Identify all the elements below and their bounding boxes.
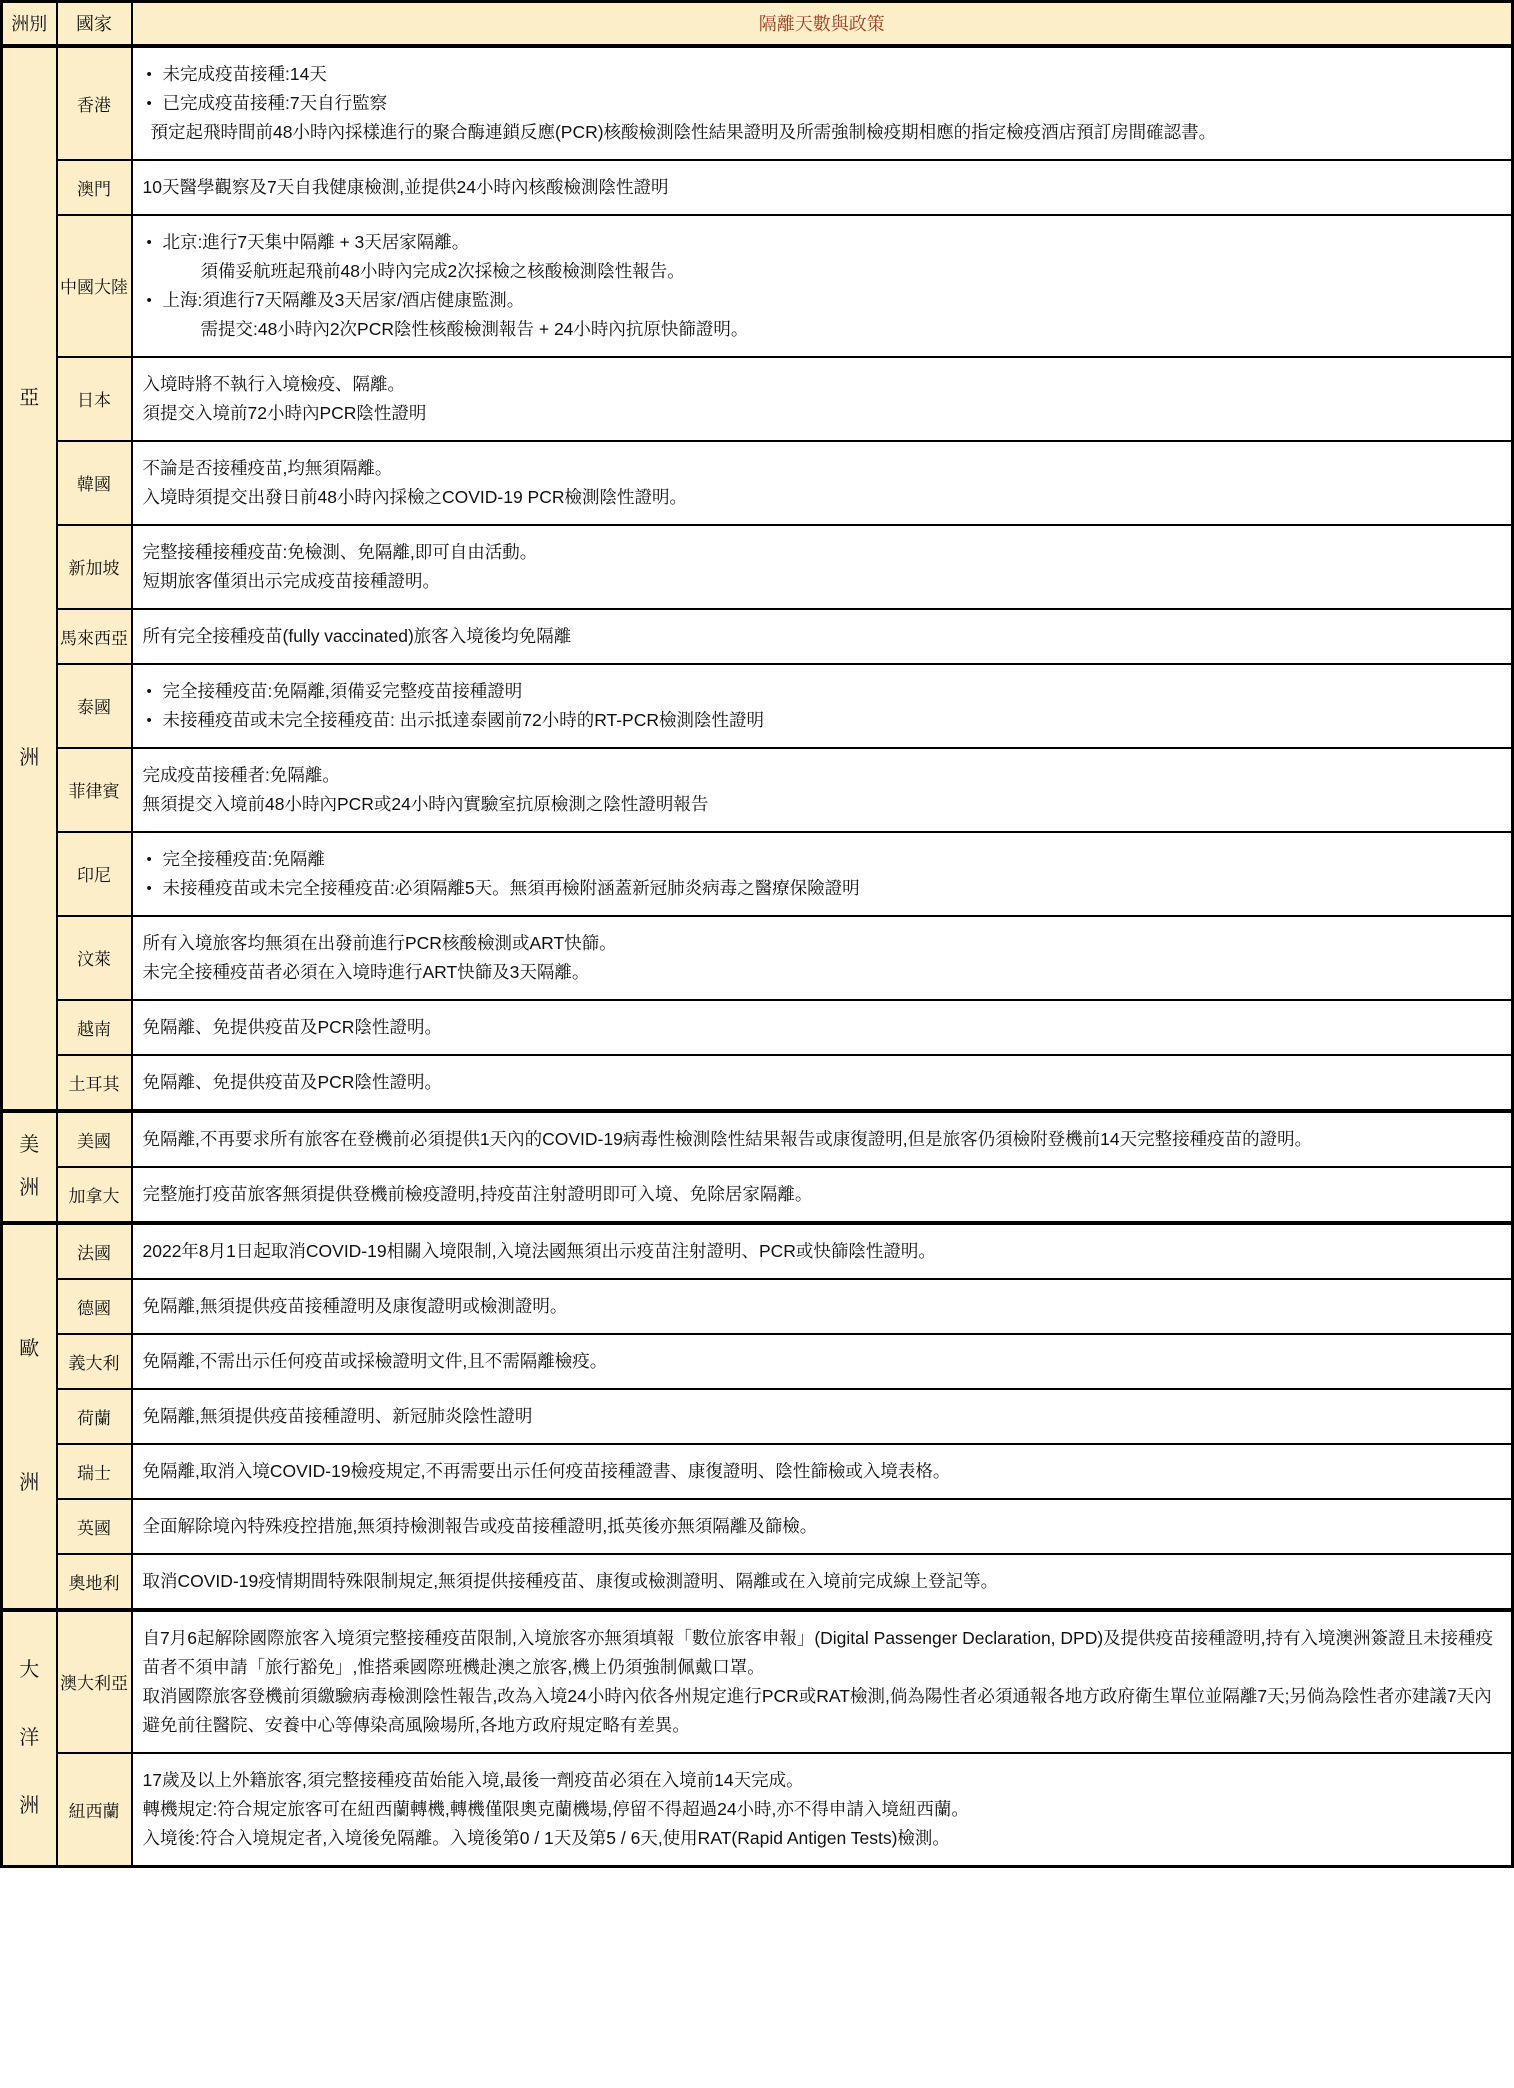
table-row: 土耳其免隔離、免提供疫苗及PCR陰性證明。: [2, 1055, 1513, 1111]
table-header-row: 洲別 國家 隔離天數與政策: [2, 2, 1513, 46]
continent-char: 洲: [19, 1473, 39, 1493]
policy-line-text: 完整接種接種疫苗:免檢測、免隔離,即可自由活動。: [143, 542, 538, 562]
country-cell: 法國: [57, 1223, 132, 1279]
country-cell: 中國大陸: [57, 215, 132, 357]
policy-line: 免隔離、免提供疫苗及PCR陰性證明。: [143, 1013, 1500, 1042]
country-cell: 荷蘭: [57, 1389, 132, 1444]
table-row: 韓國不論是否接種疫苗,均無須隔離。入境時須提交出發日前48小時內採檢之COVID…: [2, 441, 1513, 525]
country-cell: 菲律賓: [57, 748, 132, 832]
country-cell: 紐西蘭: [57, 1753, 132, 1867]
policy-cell: 取消COVID-19疫情期間特殊限制規定,無須提供接種疫苗、康復或檢測證明、隔離…: [132, 1554, 1513, 1610]
policy-line-text: 須提交入境前72小時內PCR陰性證明: [143, 403, 427, 423]
country-cell: 澳門: [57, 160, 132, 215]
policy-line: 入境後:符合入境規定者,入境後免隔離。入境後第0 / 1天及第5 / 6天,使用…: [143, 1824, 1500, 1853]
continent-label: 亞洲: [3, 48, 56, 1109]
policy-line-text: 預定起飛時間前48小時內採樣進行的聚合酶連鎖反應(PCR)核酸檢測陰性結果證明及…: [151, 122, 1217, 142]
policy-line-text: 所有完全接種疫苗(fully vaccinated)旅客入境後均免隔離: [143, 626, 572, 646]
continent-cell: 美洲: [2, 1111, 57, 1223]
continent-cell: 歐洲: [2, 1223, 57, 1610]
policy-line-text: 無須提交入境前48小時內PCR或24小時內實驗室抗原檢測之陰性證明報告: [143, 794, 709, 814]
policy-line: 取消國際旅客登機前須繳驗病毒檢測陰性報告,改為入境24小時內依各州規定進行PCR…: [143, 1682, 1500, 1740]
policy-line: 未接種疫苗或未完全接種疫苗:必須隔離5天。無須再檢附涵蓋新冠肺炎病毒之醫療保險證…: [143, 874, 1500, 903]
policy-line-text: 自7月6起解除國際旅客入境須完整接種疫苗限制,入境旅客亦無須填報「數位旅客申報」…: [143, 1628, 1494, 1677]
table-row: 新加坡完整接種接種疫苗:免檢測、免隔離,即可自由活動。短期旅客僅須出示完成疫苗接…: [2, 525, 1513, 609]
policy-cell: 全面解除境內特殊疫控措施,無須持檢測報告或疫苗接種證明,抵英後亦無須隔離及篩檢。: [132, 1499, 1513, 1554]
table-row: 加拿大完整施打疫苗旅客無須提供登機前檢疫證明,持疫苗注射證明即可入境、免除居家隔…: [2, 1167, 1513, 1223]
policy-line-text: 所有入境旅客均無須在出發前進行PCR核酸檢測或ART快篩。: [143, 933, 617, 953]
country-cell: 澳大利亞: [57, 1610, 132, 1753]
table-row: 菲律賓完成疫苗接種者:免隔離。無須提交入境前48小時內PCR或24小時內實驗室抗…: [2, 748, 1513, 832]
policy-cell: 所有入境旅客均無須在出發前進行PCR核酸檢測或ART快篩。未完全接種疫苗者必須在…: [132, 916, 1513, 1000]
policy-line-text: 入境時須提交出發日前48小時內採檢之COVID-19 PCR檢測陰性證明。: [143, 487, 688, 507]
country-cell: 英國: [57, 1499, 132, 1554]
policy-line: 短期旅客僅須出示完成疫苗接種證明。: [143, 567, 1500, 596]
policy-line-text: 免隔離,取消入境COVID-19檢疫規定,不再需要出示任何疫苗接種證書、康復證明…: [143, 1461, 951, 1481]
table-row: 越南免隔離、免提供疫苗及PCR陰性證明。: [2, 1000, 1513, 1055]
policy-line-text: 已完成疫苗接種:7天自行監察: [163, 93, 388, 113]
table-row: 日本入境時將不執行入境檢疫、隔離。須提交入境前72小時內PCR陰性證明: [2, 357, 1513, 441]
country-cell: 瑞士: [57, 1444, 132, 1499]
policy-cell: 免隔離,取消入境COVID-19檢疫規定,不再需要出示任何疫苗接種證書、康復證明…: [132, 1444, 1513, 1499]
policy-line: 10天醫學觀察及7天自我健康檢測,並提供24小時內核酸檢測陰性證明: [143, 173, 1500, 202]
country-cell: 馬來西亞: [57, 609, 132, 664]
policy-line-text: 17歲及以上外籍旅客,須完整接種疫苗始能入境,最後一劑疫苗必須在入境前14天完成…: [143, 1770, 804, 1790]
country-cell: 越南: [57, 1000, 132, 1055]
policy-line-text: 取消COVID-19疫情期間特殊限制規定,無須提供接種疫苗、康復或檢測證明、隔離…: [143, 1571, 999, 1591]
policy-line: 2022年8月1日起取消COVID-19相關入境限制,入境法國無須出示疫苗注射證…: [143, 1237, 1500, 1266]
policy-line-text: 完整施打疫苗旅客無須提供登機前檢疫證明,持疫苗注射證明即可入境、免除居家隔離。: [143, 1184, 813, 1204]
policy-cell: 完整接種接種疫苗:免檢測、免隔離,即可自由活動。短期旅客僅須出示完成疫苗接種證明…: [132, 525, 1513, 609]
table-row: 中國大陸北京:進行7天集中隔離 + 3天居家隔離。須備妥航班起飛前48小時內完成…: [2, 215, 1513, 357]
policy-line-text: 入境後:符合入境規定者,入境後免隔離。入境後第0 / 1天及第5 / 6天,使用…: [143, 1828, 950, 1848]
policy-line-text: 不論是否接種疫苗,均無須隔離。: [143, 458, 393, 478]
policy-cell: 免隔離,不再要求所有旅客在登機前必須提供1天內的COVID-19病毒性檢測陰性結…: [132, 1111, 1513, 1167]
policy-cell: 免隔離、免提供疫苗及PCR陰性證明。: [132, 1000, 1513, 1055]
table-row: 英國全面解除境內特殊疫控措施,無須持檢測報告或疫苗接種證明,抵英後亦無須隔離及篩…: [2, 1499, 1513, 1554]
policy-line-text: 轉機規定:符合規定旅客可在紐西蘭轉機,轉機僅限奧克蘭機場,停留不得超過24小時,…: [143, 1799, 969, 1819]
continent-char: 洋: [19, 1728, 39, 1748]
table-row: 美洲美國免隔離,不再要求所有旅客在登機前必須提供1天內的COVID-19病毒性檢…: [2, 1111, 1513, 1167]
policy-cell: 入境時將不執行入境檢疫、隔離。須提交入境前72小時內PCR陰性證明: [132, 357, 1513, 441]
continent-cell: 亞洲: [2, 46, 57, 1111]
table-row: 亞洲香港未完成疫苗接種:14天已完成疫苗接種:7天自行監察預定起飛時間前48小時…: [2, 46, 1513, 160]
table-row: 澳門10天醫學觀察及7天自我健康檢測,並提供24小時內核酸檢測陰性證明: [2, 160, 1513, 215]
policy-line: 17歲及以上外籍旅客,須完整接種疫苗始能入境,最後一劑疫苗必須在入境前14天完成…: [143, 1766, 1500, 1795]
country-cell: 泰國: [57, 664, 132, 748]
country-cell: 加拿大: [57, 1167, 132, 1223]
quarantine-policy-table: 洲別 國家 隔離天數與政策 亞洲香港未完成疫苗接種:14天已完成疫苗接種:7天自…: [0, 0, 1514, 1868]
continent-char: 洲: [19, 748, 39, 768]
continent-label: 歐洲: [3, 1225, 56, 1608]
policy-line: 轉機規定:符合規定旅客可在紐西蘭轉機,轉機僅限奧克蘭機場,停留不得超過24小時,…: [143, 1795, 1500, 1824]
policy-line: 完整接種接種疫苗:免檢測、免隔離,即可自由活動。: [143, 538, 1500, 567]
table-row: 義大利免隔離,不需出示任何疫苗或採檢證明文件,且不需隔離檢疫。: [2, 1334, 1513, 1389]
policy-cell: 完成疫苗接種者:免隔離。無須提交入境前48小時內PCR或24小時內實驗室抗原檢測…: [132, 748, 1513, 832]
continent-char: 洲: [19, 1796, 39, 1816]
policy-line-text: 完全接種疫苗:免隔離: [163, 849, 325, 869]
policy-line: 所有完全接種疫苗(fully vaccinated)旅客入境後均免隔離: [143, 622, 1500, 651]
country-cell: 義大利: [57, 1334, 132, 1389]
table-row: 奧地利取消COVID-19疫情期間特殊限制規定,無須提供接種疫苗、康復或檢測證明…: [2, 1554, 1513, 1610]
continent-char: 亞: [19, 388, 39, 408]
policy-line: 免隔離,無須提供疫苗接種證明、新冠肺炎陰性證明: [143, 1402, 1500, 1431]
country-cell: 香港: [57, 46, 132, 160]
continent-label: 美洲: [3, 1113, 56, 1221]
policy-cell: 免隔離,不需出示任何疫苗或採檢證明文件,且不需隔離檢疫。: [132, 1334, 1513, 1389]
policy-line: 北京:進行7天集中隔離 + 3天居家隔離。: [143, 228, 1500, 257]
policy-line: 免隔離、免提供疫苗及PCR陰性證明。: [143, 1068, 1500, 1097]
policy-line: 不論是否接種疫苗,均無須隔離。: [143, 454, 1500, 483]
continent-label: 大洋洲: [3, 1612, 56, 1865]
policy-cell: 免隔離,無須提供疫苗接種證明、新冠肺炎陰性證明: [132, 1389, 1513, 1444]
policy-cell: 完全接種疫苗:免隔離未接種疫苗或未完全接種疫苗:必須隔離5天。無須再檢附涵蓋新冠…: [132, 832, 1513, 916]
policy-cell: 不論是否接種疫苗,均無須隔離。入境時須提交出發日前48小時內採檢之COVID-1…: [132, 441, 1513, 525]
table-row: 印尼完全接種疫苗:免隔離未接種疫苗或未完全接種疫苗:必須隔離5天。無須再檢附涵蓋…: [2, 832, 1513, 916]
policy-line: 完全接種疫苗:免隔離: [143, 845, 1500, 874]
policy-line-text: 未接種疫苗或未完全接種疫苗:必須隔離5天。無須再檢附涵蓋新冠肺炎病毒之醫療保險證…: [163, 878, 860, 898]
policy-line-text: 全面解除境內特殊疫控措施,無須持檢測報告或疫苗接種證明,抵英後亦無須隔離及篩檢。: [143, 1516, 818, 1536]
country-cell: 韓國: [57, 441, 132, 525]
policy-cell: 免隔離、免提供疫苗及PCR陰性證明。: [132, 1055, 1513, 1111]
table-row: 荷蘭免隔離,無須提供疫苗接種證明、新冠肺炎陰性證明: [2, 1389, 1513, 1444]
country-cell: 新加坡: [57, 525, 132, 609]
table-row: 汶萊所有入境旅客均無須在出發前進行PCR核酸檢測或ART快篩。未完全接種疫苗者必…: [2, 916, 1513, 1000]
policy-line-text: 10天醫學觀察及7天自我健康檢測,並提供24小時內核酸檢測陰性證明: [143, 177, 669, 197]
policy-line: 未接種疫苗或未完全接種疫苗: 出示抵達泰國前72小時的RT-PCR檢測陰性證明: [143, 706, 1500, 735]
policy-line-text: 須備妥航班起飛前48小時內完成2次採檢之核酸檢測陰性報告。: [201, 261, 685, 281]
country-cell: 德國: [57, 1279, 132, 1334]
header-continent: 洲別: [2, 2, 57, 46]
policy-line-text: 免隔離、免提供疫苗及PCR陰性證明。: [143, 1072, 442, 1092]
policy-cell: 自7月6起解除國際旅客入境須完整接種疫苗限制,入境旅客亦無須填報「數位旅客申報」…: [132, 1610, 1513, 1753]
policy-line-text: 免隔離,不需出示任何疫苗或採檢證明文件,且不需隔離檢疫。: [143, 1351, 608, 1371]
policy-line: 未完成疫苗接種:14天: [143, 60, 1500, 89]
policy-line-text: 免隔離、免提供疫苗及PCR陰性證明。: [143, 1017, 442, 1037]
policy-line: 入境時須提交出發日前48小時內採檢之COVID-19 PCR檢測陰性證明。: [143, 483, 1500, 512]
policy-line: 取消COVID-19疫情期間特殊限制規定,無須提供接種疫苗、康復或檢測證明、隔離…: [143, 1567, 1500, 1596]
policy-line: 完全接種疫苗:免隔離,須備妥完整疫苗接種證明: [143, 677, 1500, 706]
policy-line-text: 完全接種疫苗:免隔離,須備妥完整疫苗接種證明: [163, 681, 523, 701]
policy-line: 需提交:48小時內2次PCR陰性核酸檢測報告 + 24小時內抗原快篩證明。: [143, 315, 1500, 344]
header-country: 國家: [57, 2, 132, 46]
policy-line-text: 北京:進行7天集中隔離 + 3天居家隔離。: [163, 232, 470, 252]
policy-line: 完成疫苗接種者:免隔離。: [143, 761, 1500, 790]
policy-line: 無須提交入境前48小時內PCR或24小時內實驗室抗原檢測之陰性證明報告: [143, 790, 1500, 819]
table-row: 紐西蘭17歲及以上外籍旅客,須完整接種疫苗始能入境,最後一劑疫苗必須在入境前14…: [2, 1753, 1513, 1867]
policy-line-text: 2022年8月1日起取消COVID-19相關入境限制,入境法國無須出示疫苗注射證…: [143, 1241, 936, 1261]
policy-cell: 北京:進行7天集中隔離 + 3天居家隔離。須備妥航班起飛前48小時內完成2次採檢…: [132, 215, 1513, 357]
policy-line: 入境時將不執行入境檢疫、隔離。: [143, 370, 1500, 399]
continent-char: 美: [19, 1135, 39, 1155]
policy-line: 預定起飛時間前48小時內採樣進行的聚合酶連鎖反應(PCR)核酸檢測陰性結果證明及…: [143, 118, 1500, 147]
policy-line-text: 取消國際旅客登機前須繳驗病毒檢測陰性報告,改為入境24小時內依各州規定進行PCR…: [143, 1686, 1492, 1735]
policy-line-text: 上海:須進行7天隔離及3天居家/酒店健康監測。: [163, 290, 525, 310]
policy-cell: 完全接種疫苗:免隔離,須備妥完整疫苗接種證明未接種疫苗或未完全接種疫苗: 出示抵…: [132, 664, 1513, 748]
table-row: 泰國完全接種疫苗:免隔離,須備妥完整疫苗接種證明未接種疫苗或未完全接種疫苗: 出…: [2, 664, 1513, 748]
policy-line: 須提交入境前72小時內PCR陰性證明: [143, 399, 1500, 428]
policy-line: 已完成疫苗接種:7天自行監察: [143, 89, 1500, 118]
continent-char: 洲: [19, 1178, 39, 1198]
policy-line: 全面解除境內特殊疫控措施,無須持檢測報告或疫苗接種證明,抵英後亦無須隔離及篩檢。: [143, 1512, 1500, 1541]
policy-line-text: 免隔離,不再要求所有旅客在登機前必須提供1天內的COVID-19病毒性檢測陰性結…: [143, 1129, 1313, 1149]
policy-line: 免隔離,取消入境COVID-19檢疫規定,不再需要出示任何疫苗接種證書、康復證明…: [143, 1457, 1500, 1486]
country-cell: 日本: [57, 357, 132, 441]
table-row: 德國免隔離,無須提供疫苗接種證明及康復證明或檢測證明。: [2, 1279, 1513, 1334]
policy-line-text: 需提交:48小時內2次PCR陰性核酸檢測報告 + 24小時內抗原快篩證明。: [201, 319, 749, 339]
country-cell: 美國: [57, 1111, 132, 1167]
policy-cell: 17歲及以上外籍旅客,須完整接種疫苗始能入境,最後一劑疫苗必須在入境前14天完成…: [132, 1753, 1513, 1867]
country-cell: 奧地利: [57, 1554, 132, 1610]
table-row: 大洋洲澳大利亞自7月6起解除國際旅客入境須完整接種疫苗限制,入境旅客亦無須填報「…: [2, 1610, 1513, 1753]
policy-line-text: 免隔離,無須提供疫苗接種證明、新冠肺炎陰性證明: [143, 1406, 533, 1426]
policy-line-text: 完成疫苗接種者:免隔離。: [143, 765, 340, 785]
policy-line: 免隔離,無須提供疫苗接種證明及康復證明或檢測證明。: [143, 1292, 1500, 1321]
country-cell: 印尼: [57, 832, 132, 916]
continent-char: 大: [19, 1660, 39, 1680]
policy-line: 完整施打疫苗旅客無須提供登機前檢疫證明,持疫苗注射證明即可入境、免除居家隔離。: [143, 1180, 1500, 1209]
policy-cell: 未完成疫苗接種:14天已完成疫苗接種:7天自行監察預定起飛時間前48小時內採樣進…: [132, 46, 1513, 160]
header-policy: 隔離天數與政策: [132, 2, 1513, 46]
policy-line: 免隔離,不再要求所有旅客在登機前必須提供1天內的COVID-19病毒性檢測陰性結…: [143, 1125, 1500, 1154]
policy-line: 免隔離,不需出示任何疫苗或採檢證明文件,且不需隔離檢疫。: [143, 1347, 1500, 1376]
policy-cell: 10天醫學觀察及7天自我健康檢測,並提供24小時內核酸檢測陰性證明: [132, 160, 1513, 215]
policy-line-text: 短期旅客僅須出示完成疫苗接種證明。: [143, 571, 441, 591]
table-row: 瑞士免隔離,取消入境COVID-19檢疫規定,不再需要出示任何疫苗接種證書、康復…: [2, 1444, 1513, 1499]
policy-line: 須備妥航班起飛前48小時內完成2次採檢之核酸檢測陰性報告。: [143, 257, 1500, 286]
country-cell: 土耳其: [57, 1055, 132, 1111]
table-row: 歐洲法國2022年8月1日起取消COVID-19相關入境限制,入境法國無須出示疫…: [2, 1223, 1513, 1279]
policy-line-text: 免隔離,無須提供疫苗接種證明及康復證明或檢測證明。: [143, 1296, 568, 1316]
policy-line-text: 未完成疫苗接種:14天: [163, 64, 327, 84]
policy-cell: 免隔離,無須提供疫苗接種證明及康復證明或檢測證明。: [132, 1279, 1513, 1334]
policy-line-text: 未完全接種疫苗者必須在入境時進行ART快篩及3天隔離。: [143, 962, 590, 982]
policy-line: 未完全接種疫苗者必須在入境時進行ART快篩及3天隔離。: [143, 958, 1500, 987]
policy-line: 自7月6起解除國際旅客入境須完整接種疫苗限制,入境旅客亦無須填報「數位旅客申報」…: [143, 1624, 1500, 1682]
continent-char: 歐: [19, 1339, 39, 1359]
policy-cell: 所有完全接種疫苗(fully vaccinated)旅客入境後均免隔離: [132, 609, 1513, 664]
table-row: 馬來西亞所有完全接種疫苗(fully vaccinated)旅客入境後均免隔離: [2, 609, 1513, 664]
policy-cell: 2022年8月1日起取消COVID-19相關入境限制,入境法國無須出示疫苗注射證…: [132, 1223, 1513, 1279]
policy-cell: 完整施打疫苗旅客無須提供登機前檢疫證明,持疫苗注射證明即可入境、免除居家隔離。: [132, 1167, 1513, 1223]
country-cell: 汶萊: [57, 916, 132, 1000]
policy-line: 上海:須進行7天隔離及3天居家/酒店健康監測。: [143, 286, 1500, 315]
continent-cell: 大洋洲: [2, 1610, 57, 1867]
policy-line: 所有入境旅客均無須在出發前進行PCR核酸檢測或ART快篩。: [143, 929, 1500, 958]
policy-line-text: 入境時將不執行入境檢疫、隔離。: [143, 374, 406, 394]
policy-line-text: 未接種疫苗或未完全接種疫苗: 出示抵達泰國前72小時的RT-PCR檢測陰性證明: [163, 710, 765, 730]
